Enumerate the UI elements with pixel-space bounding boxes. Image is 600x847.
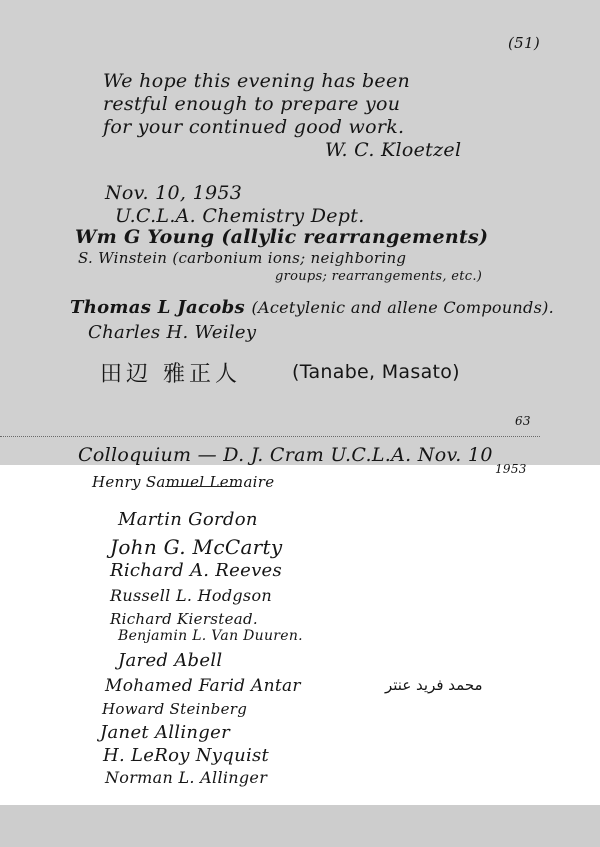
attendee-signature-arabic: محمد فريد عنتر: [385, 676, 483, 694]
attendee-signature: Martin Gordon: [118, 509, 258, 530]
closing-note-signature: W. C. Kloetzel: [325, 139, 461, 161]
attendee-signature: Henry Samuel Lemaire: [92, 473, 274, 491]
guest-entry: Charles H. Weiley: [88, 322, 256, 343]
closing-note-line: restful enough to prepare you: [103, 93, 400, 115]
guest-entry: S. Winstein (carbonium ions; neighboring: [78, 249, 406, 267]
closing-note-line: We hope this evening has been: [103, 70, 410, 92]
page-number: 63: [515, 414, 531, 428]
guest-topic: (Acetylenic and allene Compounds).: [251, 298, 554, 317]
attendee-signature: John G. McCarty: [110, 535, 282, 559]
attendee-signature: Jared Abell: [118, 650, 222, 671]
guest-name: S. Winstein: [78, 249, 167, 267]
guest-name: Wm G Young: [75, 226, 214, 248]
entry-date: Nov. 10, 1953: [105, 182, 242, 204]
guest-entry: Wm G Young (allylic rearrangements): [75, 226, 488, 248]
kanji-romanized-name: (Tanabe, Masato): [292, 361, 460, 383]
attendee-signature: Russell L. Hodgson: [110, 586, 272, 605]
page-divider: [0, 436, 540, 437]
kanji-signature: 田辺 雅正人: [100, 357, 241, 388]
attendee-signature: H. LeRoy Nyquist: [103, 745, 269, 766]
signature-flourish: [165, 486, 240, 487]
attendee-signature: Mohamed Farid Antar: [105, 676, 301, 696]
guest-entry: Thomas L Jacobs (Acetylenic and allene C…: [70, 297, 554, 318]
attendee-signature: Howard Steinberg: [102, 700, 247, 718]
attendee-signature: Richard A. Reeves: [110, 560, 282, 581]
attendee-signature: Norman L. Allinger: [105, 768, 267, 787]
guest-name: Thomas L Jacobs: [70, 297, 245, 318]
guest-name: Charles H. Weiley: [88, 322, 256, 343]
attendee-signature: Janet Allinger: [100, 722, 230, 743]
guest-topic-continued: groups; rearrangements, etc.): [275, 269, 482, 284]
entry-department: U.C.L.A. Chemistry Dept.: [115, 205, 365, 227]
colloquium-header: Colloquium — D. J. Cram U.C.L.A. Nov. 10: [78, 444, 493, 466]
colloquium-year: 1953: [495, 462, 527, 476]
closing-note-line: for your continued good work.: [103, 116, 404, 138]
page-number: (51): [508, 34, 540, 52]
attendee-signature: Benjamin L. Van Duuren.: [118, 628, 303, 644]
guest-topic: (allylic rearrangements): [221, 226, 488, 248]
attendee-signature: Richard Kierstead.: [110, 610, 258, 628]
scan-margin: [0, 805, 600, 847]
guest-topic: (carbonium ions; neighboring: [172, 249, 406, 267]
